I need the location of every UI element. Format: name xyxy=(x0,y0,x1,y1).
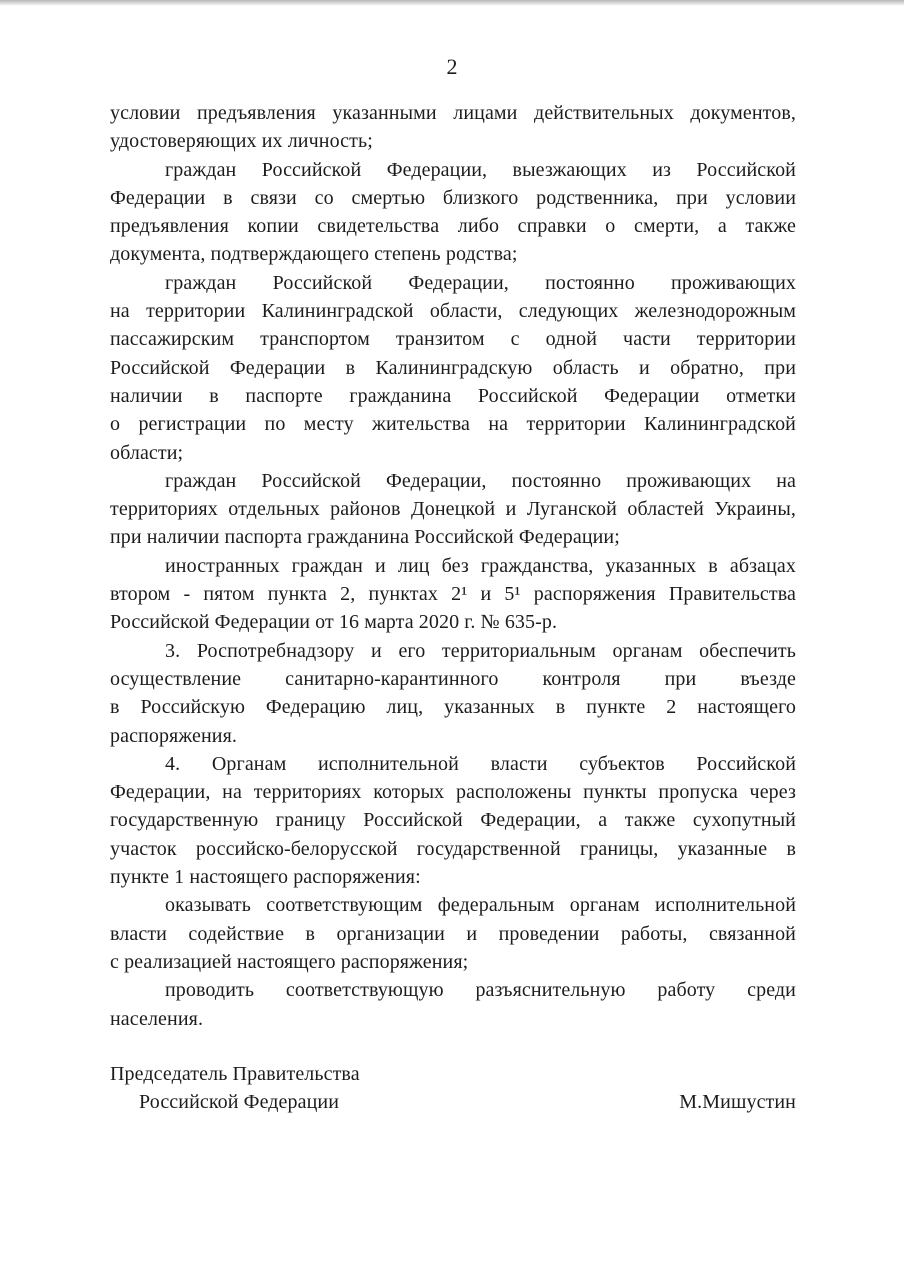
text-line: предъявления копии свидетельства либо сп… xyxy=(110,212,796,240)
text-line: Федерации, на территориях которых распол… xyxy=(110,778,796,806)
text-line: власти содействие в организации и провед… xyxy=(110,920,796,948)
text-line: удостоверяющих их личность; xyxy=(110,127,796,155)
text-line: участок российско-белорусской государств… xyxy=(110,835,796,863)
text-line: при наличии паспорта гражданина Российск… xyxy=(110,523,796,551)
text-line: Федерации в связи со смертью близкого ро… xyxy=(110,184,796,212)
scan-edge-artifact xyxy=(0,0,904,6)
signature-title-line1: Председатель Правительства xyxy=(110,1060,796,1088)
text-line: территориях отдельных районов Донецкой и… xyxy=(110,495,796,523)
text-line: граждан Российской Федерации, постоянно … xyxy=(110,467,796,495)
text-line: граждан Российской Федерации, выезжающих… xyxy=(110,156,796,184)
text-line: Российской Федерации от 16 марта 2020 г.… xyxy=(110,608,796,636)
text-line: области; xyxy=(110,439,796,467)
document-body: условии предъявления указанными лицами д… xyxy=(110,99,796,1033)
text-line: населения. xyxy=(110,1005,796,1033)
text-line: в Российскую Федерацию лиц, указанных в … xyxy=(110,693,796,721)
signature-name: М.Мишустин xyxy=(679,1088,796,1116)
text-line: с реализацией настоящего распоряжения; xyxy=(110,948,796,976)
text-line: оказывать соответствующим федеральным ор… xyxy=(110,891,796,919)
text-line: пункте 1 настоящего распоряжения: xyxy=(110,863,796,891)
text-line: иностранных граждан и лиц без гражданств… xyxy=(110,552,796,580)
text-line: граждан Российской Федерации, постоянно … xyxy=(110,269,796,297)
text-line: наличии в паспорте гражданина Российской… xyxy=(110,382,796,410)
text-line: условии предъявления указанными лицами д… xyxy=(110,99,796,127)
text-line: о регистрации по месту жительства на тер… xyxy=(110,410,796,438)
text-line: на территории Калининградской области, с… xyxy=(110,297,796,325)
text-line: втором - пятом пункта 2, пунктах 2¹ и 5¹… xyxy=(110,580,796,608)
text-line: 3. Роспотребнадзору и его территориальны… xyxy=(110,637,796,665)
text-line: документа, подтверждающего степень родст… xyxy=(110,240,796,268)
text-line: распоряжения. xyxy=(110,722,796,750)
text-line: проводить соответствующую разъяснительну… xyxy=(110,976,796,1004)
text-line: пассажирским транспортом транзитом с одн… xyxy=(110,325,796,353)
text-line: 4. Органам исполнительной власти субъект… xyxy=(110,750,796,778)
text-line: осуществление санитарно-карантинного кон… xyxy=(110,665,796,693)
text-line: Российской Федерации в Калининградскую о… xyxy=(110,354,796,382)
signature-block: Председатель Правительства Российской Фе… xyxy=(110,1060,796,1116)
signature-title-line2: Российской Федерации xyxy=(139,1088,339,1116)
page-number: 2 xyxy=(0,52,904,82)
signature-row: Российской Федерации М.Мишустин xyxy=(110,1088,796,1116)
text-line: государственную границу Российской Федер… xyxy=(110,806,796,834)
